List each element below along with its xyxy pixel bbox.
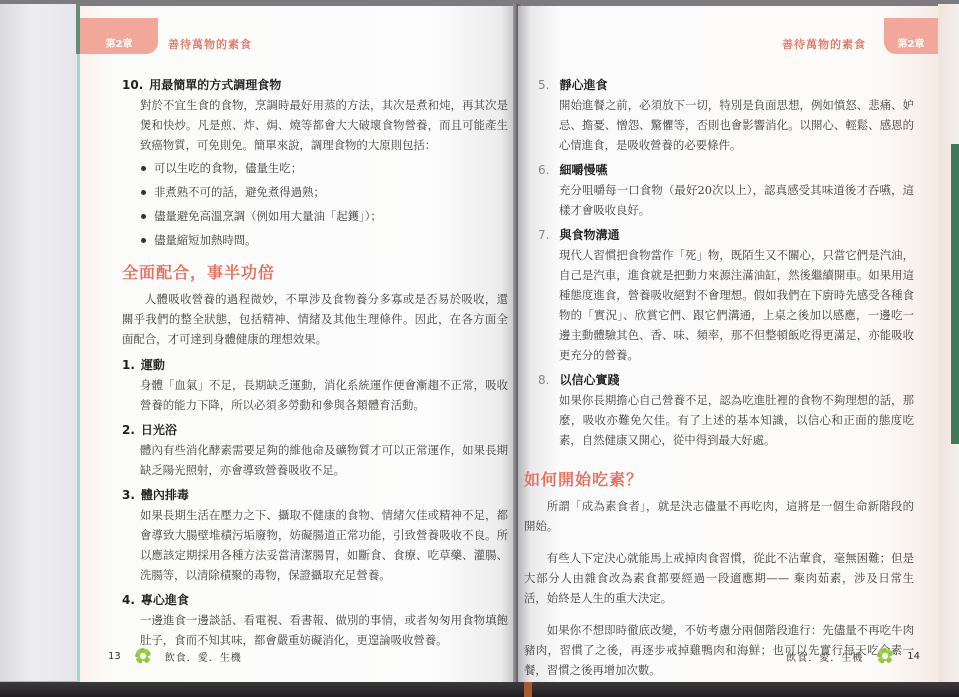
item-heading-4: 4.專心進食	[122, 590, 508, 610]
item-text: 身體「血氣」不足，長期缺乏運動，消化系統運作便會漸趨不正常，吸收營養的能力下降，…	[122, 375, 508, 415]
page-13: 第2章 善待萬物的素食 10.用最簡單的方式調理食物 對於不宜生食的食物，烹調時…	[80, 6, 518, 682]
item-heading-5: 5.靜心進食	[538, 75, 914, 95]
item-text: 如果你長期擔心自己營養不足，認為吃進肚裡的食物不夠理想的話，那麼，吸收亦難免欠佳…	[538, 390, 914, 450]
item-title: 與食物溝通	[559, 228, 619, 242]
page-14: 第2章 善待萬物的素食 5.靜心進食 開始進餐之前，必須放下一切，特別是負面思想…	[518, 6, 938, 682]
item-heading-2: 2.日光浴	[122, 420, 508, 440]
chapter-tab: 第2章	[884, 18, 938, 54]
item-heading-3: 3.體內排毒	[122, 485, 508, 505]
page-footer: 飲食．愛．生機 14	[786, 648, 920, 664]
page-content: 5.靜心進食 開始進餐之前，必須放下一切，特別是負面思想，例如憤怒、悲痛、妒忌、…	[538, 70, 914, 682]
page-number: 14	[907, 651, 920, 662]
item-text: 一邊進食一邊談話、看電視、看書報、做別的事情，或者匆匆用食物填飽肚子，食而不知其…	[122, 610, 508, 650]
bullet-item: 儘量縮短加熱時間。	[140, 231, 508, 249]
bookmark-ribbon	[524, 682, 532, 697]
item-text: 開始進餐之前，必須放下一切，特別是負面思想，例如憤怒、悲痛、妒忌、擔憂、憎怨、驚…	[538, 95, 914, 155]
page-content: 10.用最簡單的方式調理食物 對於不宜生食的食物，烹調時最好用蒸的方法，其次是煮…	[122, 70, 508, 650]
green-gear-icon	[877, 648, 893, 664]
item-number: 1.	[122, 358, 135, 372]
section-paragraph: 所謂「成為素食者」，就是決志儘量不再吃肉，這將是一個生命新階段的開始。	[524, 496, 914, 536]
bullet-item: 非煮熟不可的話，避免煮得過熟；	[140, 183, 508, 201]
bullet-item: 儘量避免高溫烹調（例如用大量油「起鑊」）；	[140, 207, 508, 225]
item-title: 體內排毒	[141, 488, 189, 502]
item-number: 3.	[122, 488, 135, 502]
item-title: 細嚼慢嚥	[559, 163, 607, 177]
book-series-title: 飲食．愛．生機	[786, 649, 863, 664]
item-number: 2.	[122, 423, 135, 437]
cover-edge-green	[951, 144, 959, 444]
book-cover-left	[0, 4, 80, 684]
running-head: 善待萬物的素食	[782, 36, 866, 52]
item-title: 靜心進食	[559, 78, 607, 92]
book-cover-right	[938, 4, 959, 684]
section-title: 全面配合，事半功倍	[122, 263, 508, 283]
item-heading-7: 7.與食物溝通	[538, 225, 914, 245]
item-text: 對於不宜生食的食物，烹調時最好用蒸的方法，其次是煮和炖，再其次是煲和快炒。凡是煎…	[122, 95, 508, 155]
background-bottom	[0, 682, 959, 697]
item-text: 充分咀嚼每一口食物（最好20次以上），認真感受其味道後才吞嚥，這樣才會吸收良好。	[538, 180, 914, 220]
item-number: 6.	[538, 163, 549, 177]
section-intro: 人體吸收營養的過程微妙，不單涉及食物養分多寡或是否易於吸收，還關乎我們的整全狀態…	[122, 289, 508, 349]
item-title: 專心進食	[141, 593, 189, 607]
item-title: 用最簡單的方式調理食物	[149, 78, 281, 92]
section-title: 如何開始吃素？	[524, 470, 914, 490]
section-paragraph: 有些人下定決心就能馬上戒掉肉食習慣，從此不沾葷食，毫無困難；但是大部分人由雜食改…	[524, 548, 914, 608]
item-number: 5.	[538, 78, 549, 92]
bullet-item: 可以生吃的食物，儘量生吃；	[140, 159, 508, 177]
page-number: 13	[108, 651, 121, 662]
bullet-list: 可以生吃的食物，儘量生吃； 非煮熟不可的話，避免煮得過熟； 儘量避免高溫烹調（例…	[122, 159, 508, 249]
item-heading-6: 6.細嚼慢嚥	[538, 160, 914, 180]
chapter-tab: 第2章	[80, 18, 158, 54]
item-heading-1: 1.運動	[122, 355, 508, 375]
item-title: 以信心實踐	[559, 373, 619, 387]
item-number: 10.	[122, 78, 143, 92]
item-number: 7.	[538, 228, 549, 242]
green-gear-icon	[135, 648, 151, 664]
book-series-title: 飲食．愛．生機	[165, 649, 242, 664]
item-heading-8: 8.以信心實踐	[538, 370, 914, 390]
item-number: 8.	[538, 373, 549, 387]
item-title: 運動	[141, 358, 165, 372]
item-title: 日光浴	[141, 423, 177, 437]
page-footer: 13 飲食．愛．生機	[108, 648, 242, 664]
item-text: 體內有些消化酵素需要足夠的維他命及礦物質才可以正常運作，如果長期缺乏陽光照射，亦…	[122, 440, 508, 480]
running-head: 善待萬物的素食	[168, 36, 252, 52]
item-text: 現代人習慣把食物當作「死」物，既陌生又不關心，只當它們是汽油，自己是汽車，進食就…	[538, 245, 914, 365]
item-number: 4.	[122, 593, 135, 607]
item-text: 如果長期生活在壓力之下、攝取不健康的食物、情緒欠佳或精神不足，都會導致大腸壁堆積…	[122, 505, 508, 585]
item-heading-10: 10.用最簡單的方式調理食物	[122, 75, 508, 95]
